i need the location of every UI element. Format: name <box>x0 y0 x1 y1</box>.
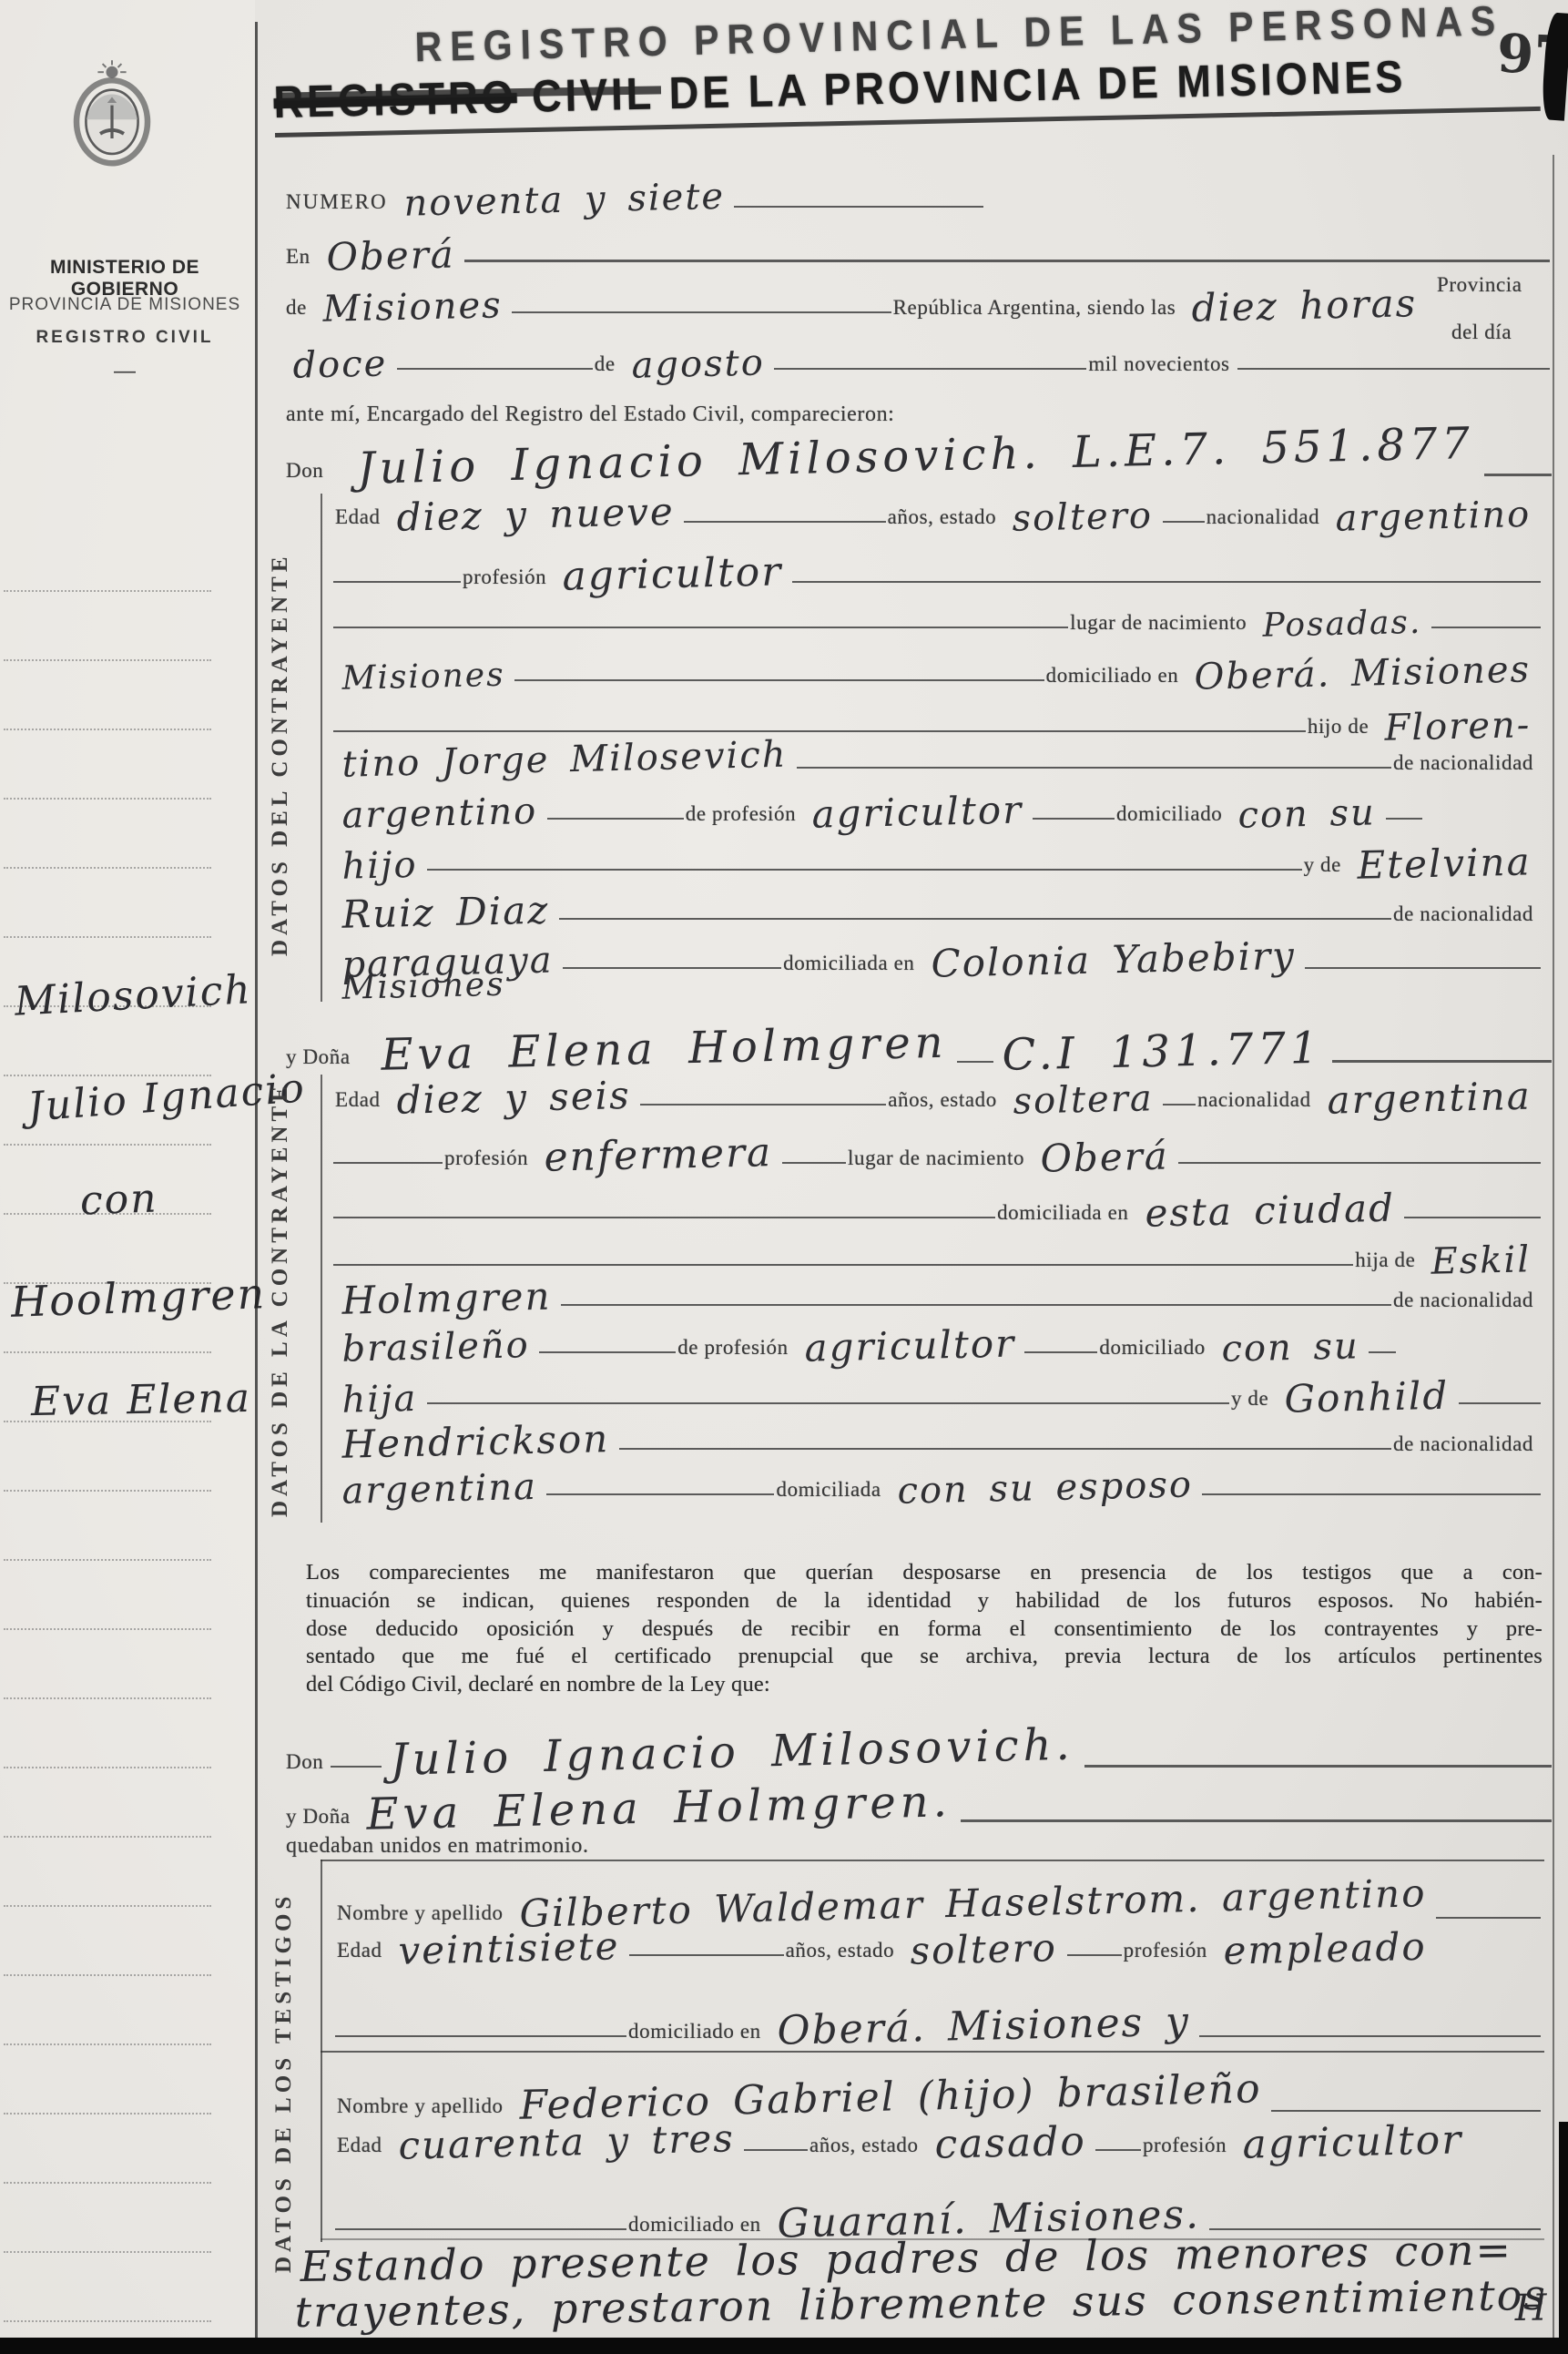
ministry-label: MINISTERIO DE GOBIERNO <box>7 257 242 301</box>
rule <box>1271 2106 1541 2112</box>
rule <box>1178 1158 1541 1164</box>
rule <box>333 577 461 583</box>
margin-rule-line <box>4 1144 211 1146</box>
bride-profession-row: profesión enfermera lugar de nacimiento … <box>333 1138 1541 1172</box>
groom-age-row: Edad diez y nueve años, estado soltero n… <box>333 499 1541 531</box>
don-label: Don <box>284 459 349 483</box>
bride-mother-row1: hija y de Gonhild <box>333 1381 1541 1412</box>
father-residence-label: domiciliado <box>1097 1336 1212 1360</box>
margin-rule-line <box>4 659 211 661</box>
ante-mi-line: ante mí, Encargado del Registro del Esta… <box>284 403 901 427</box>
rule <box>1369 1348 1396 1353</box>
margin-note-bride-given: Eva Elena <box>31 1375 252 1425</box>
rule <box>1436 1913 1541 1919</box>
sidebar-dash: — <box>7 359 242 384</box>
margin-rule-line <box>4 1697 211 1699</box>
declaration-paragraph: Los comparecientes me manifestaron que q… <box>306 1559 1543 1699</box>
closing-margin-mark: H <box>1514 2287 1549 2329</box>
rule <box>629 1951 784 1956</box>
groom-father-name-a: Floren- <box>1375 707 1541 747</box>
rule <box>1084 1761 1552 1768</box>
coat-of-arms-icon <box>53 60 171 169</box>
witness1-name-row: Nombre y apellido Gilberto Waldemar Hase… <box>335 1872 1541 1927</box>
mother-nationality-label: de nacionalidad <box>1391 1432 1541 1456</box>
rule <box>774 364 1086 370</box>
edad-label: Edad <box>335 2134 390 2157</box>
father-residence-label: domiciliado <box>1115 802 1229 826</box>
scan-bottom-band <box>0 2338 1568 2354</box>
margin-rule-line <box>4 1974 211 1976</box>
profesion-label: profesión <box>443 1146 535 1170</box>
de2-label: de <box>593 352 623 376</box>
rule <box>734 202 983 208</box>
margin-rule-line <box>4 2182 211 2184</box>
margin-rule-line <box>4 2251 211 2253</box>
bride-mother-nationality: argentina <box>332 1469 546 1510</box>
bride-father-name-b: Holmgren <box>332 1277 561 1320</box>
rule <box>1024 1348 1097 1353</box>
rule <box>427 865 1302 871</box>
rule <box>1033 814 1115 820</box>
edad-label: Edad <box>333 505 388 529</box>
dona-label: y Doña <box>284 1045 372 1069</box>
groom-profession: agricultor <box>553 552 792 597</box>
y-de-label: y de <box>1302 853 1349 877</box>
province-value: Misiones <box>313 287 512 328</box>
rule <box>335 2032 626 2037</box>
rule <box>333 1260 1353 1266</box>
rule <box>547 814 684 820</box>
margin-rule-line <box>4 1490 211 1492</box>
margin-rule-line <box>4 2113 211 2115</box>
bride-father-profession: agricultor <box>795 1324 1025 1368</box>
father-nationality: argentino <box>332 793 547 834</box>
groom-mother-name-b: Ruiz Diaz <box>332 891 559 934</box>
rule <box>640 1100 886 1106</box>
bride-name-row: y Doña Eva Elena Holmgren C.I 131.771 <box>284 1014 1552 1071</box>
declaration-bride-row: y Doña Eva Elena Holmgren. <box>284 1774 1552 1830</box>
bride-mother-row2: Hendrickson de nacionalidad <box>333 1426 1541 1458</box>
margin-rule-line <box>4 867 211 869</box>
rule <box>619 1444 1391 1450</box>
edad-label: Edad <box>333 1088 388 1112</box>
bride-father-residence: con su <box>1212 1328 1369 1368</box>
rule <box>331 1762 382 1768</box>
bride-ci-value: C.I 131.771 <box>993 1026 1332 1077</box>
witness-section-label: DATOS DE LOS TESTIGOS <box>271 1869 297 2297</box>
left-margin: Milosovich Julio Ignacio con Hoolmgren E… <box>0 0 255 2354</box>
page-right-edge-line <box>1553 155 1554 2340</box>
rule <box>1163 517 1205 523</box>
numero-row: NUMERO noventa y siete <box>284 186 983 216</box>
groom-name-row: Don Julio Ignacio Milosovich. L.E.7. 551… <box>284 428 1552 484</box>
numero-value: noventa y siete <box>394 178 734 222</box>
domicilio-label: domiciliado en <box>626 2213 769 2237</box>
rule <box>1459 1399 1541 1404</box>
rule <box>333 1158 443 1164</box>
rule <box>539 1348 676 1353</box>
bride-mother-name-b: Hendrickson <box>332 1420 619 1464</box>
margin-rule-line <box>4 729 211 730</box>
bride-father-row1: hija de Eskil <box>333 1244 1541 1274</box>
margin-rule-line <box>4 1351 211 1353</box>
margin-rule-line <box>4 1767 211 1768</box>
groom-mother-row1: hijo y de Etelvina <box>333 847 1541 879</box>
rule <box>563 963 781 969</box>
groom-birthplace-province: Misiones <box>332 658 514 696</box>
bride-father-row2: Holmgren de nacionalidad <box>333 1282 1541 1314</box>
witness2-status: casado <box>925 2122 1095 2165</box>
rule <box>1237 364 1550 370</box>
bride-mother-residence: con su esposo <box>888 1466 1202 1510</box>
father-profession-label: de profesión <box>684 802 804 826</box>
witness2-name-row: Nombre y apellido Federico Gabriel (hijo… <box>335 2065 1541 2120</box>
bride-age-row: Edad diez y seis años, estado soltera na… <box>333 1082 1541 1114</box>
paragraph-line: tinuación se indican, quienes responden … <box>306 1587 1543 1615</box>
witness1-status: soltero <box>901 1929 1066 1971</box>
rule <box>333 623 1068 628</box>
union-line: quedaban unidos en matrimonio. <box>284 1834 596 1859</box>
day-value: doce <box>283 345 397 384</box>
estado-label: años, estado <box>886 505 1004 529</box>
margin-rule-line <box>4 1836 211 1838</box>
margin-rule-line <box>4 798 211 800</box>
registry-certificate-page: Milosovich Julio Ignacio con Hoolmgren E… <box>0 0 1568 2354</box>
nacionalidad-label: nacionalidad <box>1205 505 1328 529</box>
paragraph-line: del Código Civil, declaré en nombre de l… <box>306 1671 1543 1699</box>
groom-age: diez y nueve <box>387 493 684 537</box>
bride-residence-row: domiciliada en esta ciudad <box>333 1195 1541 1227</box>
hija-de-label: hija de <box>1353 1248 1422 1272</box>
groom-father-row2: tino Jorge Milosevich de nacionalidad <box>333 747 1541 777</box>
rule <box>1404 1213 1541 1218</box>
province-row: de Misiones República Argentina, siendo … <box>284 290 1427 321</box>
profesion-label: profesión <box>1122 1939 1215 1962</box>
province-label: PROVINCIA DE MISIONES <box>7 295 242 315</box>
dona-label: y Doña <box>284 1805 358 1829</box>
margin-note-connector: con <box>79 1176 158 1225</box>
domicilio-label: domiciliado en <box>1044 664 1186 688</box>
margin-rule-line <box>4 936 211 938</box>
rule <box>1095 2145 1141 2151</box>
groom-birthplace: Posadas. <box>1253 606 1431 643</box>
mother-residence: Colonia Yabebiry <box>921 936 1305 983</box>
witness1-name: Gilberto Waldemar Haselstrom. argentino <box>510 1874 1436 1933</box>
groom-nationality: argentino <box>1326 496 1541 537</box>
nombre-label: Nombre y apellido <box>335 2094 511 2118</box>
rule <box>464 256 1550 262</box>
paragraph-line: sentado que me fué el certificado prenup… <box>306 1643 1543 1671</box>
groom-mother-row2: Ruiz Diaz de nacionalidad <box>333 896 1541 928</box>
nombre-label: Nombre y apellido <box>335 1901 511 1925</box>
rule <box>684 517 886 523</box>
mil-label: mil novecientos <box>1086 352 1237 376</box>
rule <box>1484 470 1552 476</box>
declaration-bride-name: Eva Elena Holmgren. <box>357 1779 961 1837</box>
mother-residence2: Misiones <box>332 968 514 1005</box>
groom-father-name-b: tino Jorge Milosevich <box>332 736 797 783</box>
margin-rule-line <box>4 590 211 592</box>
father-residence: con su <box>1228 794 1385 834</box>
rule <box>561 1300 1391 1306</box>
groom-mother-name-a: Etelvina <box>1348 842 1541 885</box>
rule <box>1202 1490 1541 1495</box>
witness-separator-line <box>321 2051 1544 2053</box>
groom-birthplace-row: lugar de nacimiento Posadas. <box>333 610 1541 637</box>
rule <box>1386 814 1422 820</box>
y-de-label: y de <box>1229 1387 1276 1411</box>
groom-section-label: DATOS DEL CONTRAYENTE <box>268 506 293 1002</box>
declaration-groom-row: Don Julio Ignacio Milosovich. <box>284 1719 1552 1776</box>
witness1-age-row: Edad veintisiete años, estado soltero pr… <box>335 1932 1541 1964</box>
bride-father-row3: brasileño de profesión agricultor domici… <box>333 1330 1541 1361</box>
estado-label: años, estado <box>886 1088 1004 1112</box>
witness2-age-row: Edad cuarenta y tres años, estado casado… <box>335 2125 1541 2159</box>
rule <box>335 2225 626 2230</box>
groom-box-line <box>321 494 322 1002</box>
rule <box>957 1057 993 1063</box>
provincia-corner-label: Provincia <box>1435 273 1530 297</box>
groom-mother-row3: paraguaya domiciliada en Colonia Yabebir… <box>333 945 1541 977</box>
groom-father-row3: argentino de profesión agricultor domici… <box>333 796 1541 828</box>
margin-ruled-lines <box>4 590 213 2348</box>
bride-nationality: argentina <box>1318 1076 1541 1120</box>
margin-note-bride-surname: Hoolmgren <box>10 1269 267 1327</box>
bride-birthplace: Oberá <box>1031 1136 1178 1178</box>
numero-label: NUMERO <box>284 190 395 214</box>
bride-box-line <box>321 1075 322 1523</box>
rule <box>1332 1056 1552 1063</box>
witness1-residence-row: domiciliado en Oberá. Misiones y <box>335 1991 1541 2045</box>
en-label: En <box>284 245 318 269</box>
bride-father-name-a: Eskil <box>1422 1241 1541 1280</box>
profesion-label: profesión <box>1141 2134 1234 2157</box>
bride-name-value: Eva Elena Holmgren <box>372 1020 957 1077</box>
date-row: doce de agosto mil novecientos <box>284 348 1550 378</box>
bride-section-label: DATOS DE LA CONTRAYENTE <box>268 1082 293 1517</box>
bride-status: soltera <box>1003 1080 1163 1120</box>
witness1-profession: empleado <box>1214 1927 1436 1971</box>
paragraph-line: Los comparecientes me manifestaron que q… <box>306 1559 1543 1587</box>
witness1-age: veintisiete <box>389 1927 629 1971</box>
rule <box>514 676 1044 681</box>
paragraph-line: dose deducido oposición y después de rec… <box>306 1615 1543 1644</box>
nacimiento-label: lugar de nacimiento <box>1068 611 1254 635</box>
profesion-label: profesión <box>461 566 554 589</box>
office-label: REGISTRO CIVIL <box>7 328 242 348</box>
father-nationality-label: de nacionalidad <box>1391 751 1541 775</box>
bride-mother-name-a: Gonhild <box>1275 1376 1459 1419</box>
hijo-de-label: hijo de <box>1306 715 1376 739</box>
witness2-age: cuarenta y tres <box>389 2119 744 2165</box>
bride-father-residence2: hija <box>332 1381 427 1419</box>
rule <box>427 1399 1229 1404</box>
groom-father-row1: hijo de Floren- <box>333 710 1541 740</box>
mother-nationality-label: de nacionalidad <box>1391 902 1541 926</box>
estado-label: años, estado <box>784 1939 902 1962</box>
groom-residence-row: Misiones domiciliado en Oberá. Misiones <box>333 659 1541 689</box>
rule <box>782 1158 846 1164</box>
rule <box>333 727 1306 732</box>
nacimiento-label: lugar de nacimiento <box>846 1146 1032 1170</box>
groom-profession-row: profesión agricultor <box>333 557 1541 591</box>
bride-profession: enfermera <box>535 1133 782 1178</box>
father-nationality-label: de nacionalidad <box>1391 1289 1541 1312</box>
rule <box>792 577 1541 583</box>
father-profession: agricultor <box>802 790 1033 834</box>
month-value: agosto <box>622 344 774 384</box>
republica-label: República Argentina, siendo las <box>891 296 1184 320</box>
witness2-profession: agricultor <box>1233 2120 1472 2165</box>
father-residence2: hijo <box>332 847 427 885</box>
bride-residence: esta ciudad <box>1135 1188 1404 1233</box>
del-dia-label: del día <box>1450 321 1519 344</box>
rule <box>512 308 891 313</box>
groom-residence: Oberá. Misiones <box>1185 651 1540 696</box>
rule <box>744 2145 808 2151</box>
father-profession-label: de profesión <box>676 1336 796 1360</box>
rule <box>1431 623 1541 628</box>
bride-mother-row3: argentina domiciliada con su esposo <box>333 1473 1541 1503</box>
rule <box>546 1490 774 1495</box>
rule <box>559 914 1391 920</box>
witness1-residence: Oberá. Misiones y <box>768 2002 1199 2052</box>
margin-rule-line <box>4 1559 211 1561</box>
bride-father-nationality: brasileño <box>332 1327 539 1368</box>
rule <box>333 1213 995 1218</box>
mother-residence-label: domiciliada en <box>781 952 921 975</box>
mother-residence-label: domiciliada <box>774 1478 888 1502</box>
city-value: Oberá <box>317 235 464 277</box>
bride-age: diez y seis <box>387 1076 640 1120</box>
rule <box>961 1816 1552 1822</box>
rule <box>397 364 593 370</box>
rule <box>1067 1951 1122 1956</box>
don-label: Don <box>284 1750 331 1774</box>
scan-right-band <box>1559 2122 1568 2354</box>
margin-rule-line <box>4 2043 211 2045</box>
rule <box>797 763 1391 769</box>
margin-rule-line <box>4 1628 211 1630</box>
de-label: de <box>284 296 314 320</box>
nacionalidad-label: nacionalidad <box>1196 1088 1319 1112</box>
domicilio-label: domiciliada en <box>995 1201 1135 1225</box>
page-divider-line <box>255 22 258 2354</box>
groom-status: soltero <box>1003 497 1162 537</box>
city-row: En Oberá <box>284 239 1550 270</box>
margin-rule-line <box>4 1905 211 1907</box>
groom-name-value: Julio Ignacio Milosovich. L.E.7. 551.877 <box>348 422 1483 491</box>
rule <box>1163 1100 1196 1106</box>
edad-label: Edad <box>335 1939 390 1962</box>
estado-label: años, estado <box>808 2134 926 2157</box>
rule <box>1199 2032 1541 2037</box>
witness-box-top-line <box>321 1860 1544 1861</box>
domicilio-label: domiciliado en <box>626 2020 769 2043</box>
rule <box>1305 963 1541 969</box>
margin-rule-line <box>4 2320 211 2322</box>
hours-value: diez horas <box>1182 284 1427 328</box>
